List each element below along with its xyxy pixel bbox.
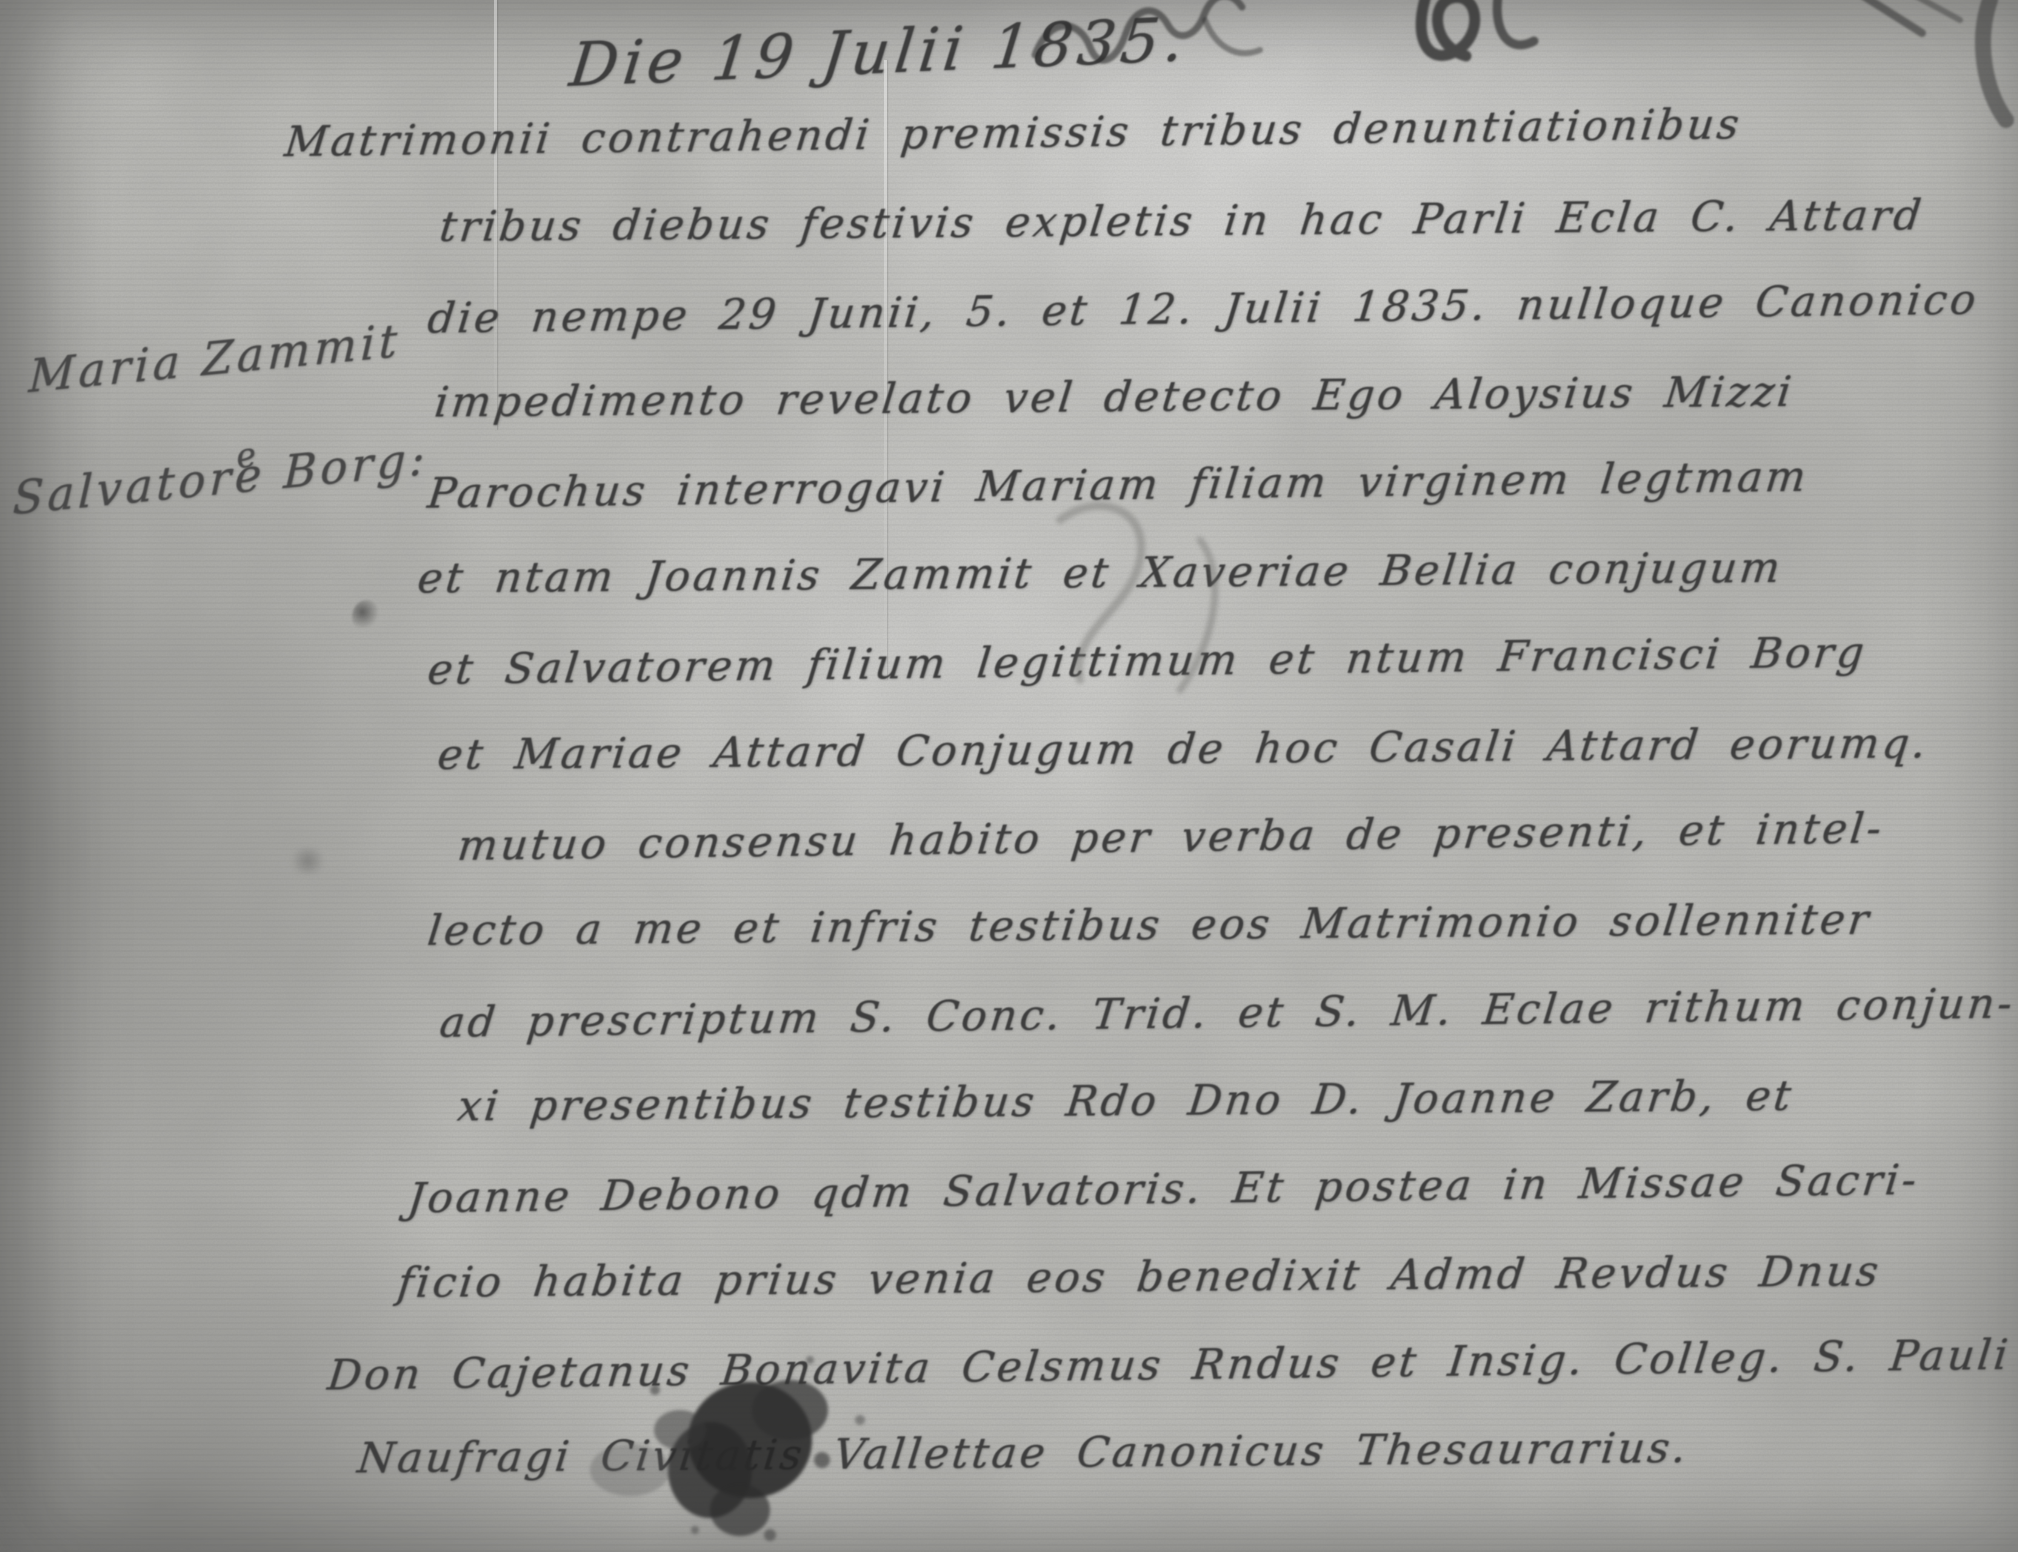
- record-line: ad prescriptum S. Conc. Trid. et S. M. E…: [437, 978, 2017, 1046]
- scanned-register-page: Die 19 Julii 1835. Maria Zammit e Salvat…: [0, 0, 2018, 1552]
- margin-note-groom: Salvatore Borg:: [12, 432, 430, 525]
- record-line: tribus diebus festivis expletis in hac P…: [437, 190, 1926, 251]
- record-line: et Salvatorem filium legittimum et ntum …: [425, 627, 1869, 694]
- record-line: mutuo consensu habito per verba de prese…: [455, 803, 1886, 869]
- entry-date-heading: Die 19 Julii 1835.: [566, 5, 1192, 101]
- record-line: et ntam Joannis Zammit et Xaveriae Belli…: [415, 543, 1785, 603]
- record-line: Naufragi Civitatis Vallettae Canonicus T…: [355, 1423, 1691, 1482]
- record-line: ficio habita prius venia eos benedixit A…: [395, 1246, 1884, 1307]
- record-line: Joanne Debono qdm Salvatoris. Et postea …: [405, 1155, 1921, 1223]
- ink-smudge: [288, 848, 328, 874]
- record-line: die nempe 29 Junii, 5. et 12. Julii 1835…: [425, 274, 1981, 342]
- record-line: et Mariae Attard Conjugum de hoc Casali …: [435, 718, 1931, 779]
- record-line: Don Cajetanus Bonavita Celsmus Rndus et …: [325, 1330, 2013, 1400]
- margin-note-bride: Maria Zammit: [28, 314, 402, 403]
- record-line: Parochus interrogavi Mariam filiam virgi…: [425, 452, 1811, 518]
- record-line: impedimento revelato vel detecto Ego Alo…: [432, 367, 1797, 427]
- record-line: Matrimonii contrahendi premissis tribus …: [282, 99, 1744, 166]
- record-line: xi presentibus testibus Rdo Dno D. Joann…: [455, 1071, 1796, 1131]
- ink-smudge: [352, 600, 378, 630]
- record-line: lecto a me et infris testibus eos Matrim…: [425, 894, 1874, 954]
